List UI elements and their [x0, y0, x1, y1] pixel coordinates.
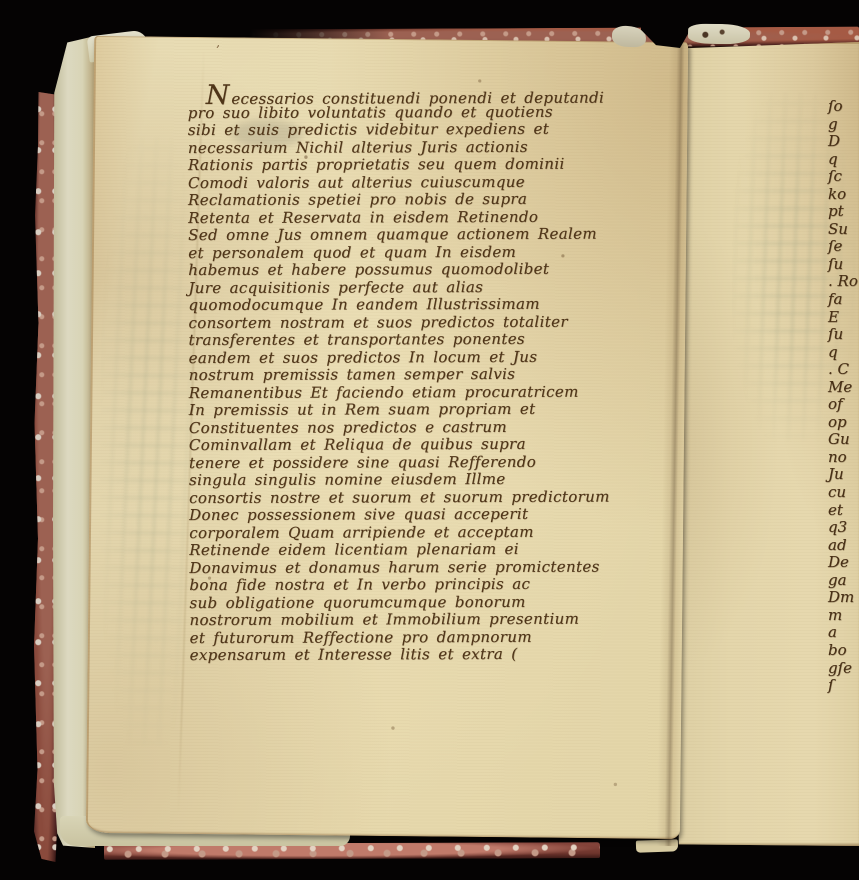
manuscript-text-line: pro suo libito voluntatis quando et quot…: [188, 103, 636, 122]
ink-show-through-right: [732, 92, 856, 442]
manuscript-text-line: consortis nostre et suorum et suorum pre…: [189, 488, 637, 507]
facing-page-fragment: ad: [828, 537, 859, 555]
manuscript-text-line: et personalem quod et quam In eisdem: [188, 243, 636, 262]
manuscript-text-line: eandem et suos predictos In locum et Jus: [189, 348, 637, 367]
manuscript-text-line: necessarium Nichil alterius Juris action…: [188, 138, 636, 157]
facing-page-fragment: q3: [828, 519, 859, 537]
facing-page-sliver: ſogDqſckoptSuſeſu. RofaEſuq. CMeofopGuno…: [676, 42, 859, 846]
manuscript-text-line: habemus et habere possumus quomodolibet: [188, 260, 636, 279]
paper-specks: [94, 36, 96, 38]
facing-page-fragment: Ju: [828, 466, 859, 484]
manuscript-text-line: nostrorum mobilium et Immobilium present…: [189, 610, 637, 629]
manuscript-text-line: nostrum premissis tamen semper salvis: [189, 365, 637, 384]
page-crease-line: [177, 51, 204, 813]
facing-page-fragment: m: [828, 607, 859, 625]
stray-ink-mark: ’: [216, 43, 220, 56]
facing-page-fragment: bo: [828, 642, 859, 660]
manuscript-text-line: singula singulis nomine eiusdem Illme: [189, 470, 637, 489]
manuscript-text-line: bona fide nostra et In verbo principis a…: [189, 575, 637, 594]
facing-page-fragment: ſu: [828, 256, 859, 274]
manuscript-text-line: Necessarios constituendi ponendi et depu…: [188, 85, 636, 104]
facing-page-fragment: D: [828, 133, 859, 151]
manuscript-text-line: Donec possessionem sive quasi acceperit: [189, 505, 637, 524]
facing-page-fragment: g: [828, 116, 859, 134]
facing-page-fragment: ſo: [828, 98, 859, 116]
facing-page-fragment: a: [828, 624, 859, 642]
facing-page-fragment: De: [828, 554, 859, 572]
facing-page-fragment: ſu: [828, 326, 859, 344]
facing-page-fragment: no: [828, 449, 859, 467]
manuscript-text-line: Donavimus et donamus harum serie promict…: [189, 558, 637, 577]
facing-page-fragment: et: [828, 502, 859, 520]
facing-page-fragment: Dm: [828, 589, 859, 607]
facing-page-fragment: fa: [828, 291, 859, 309]
facing-page-fragment: ſ: [828, 677, 859, 695]
manuscript-text-line: Retinende eidem licentiam plenariam ei: [189, 540, 637, 559]
manuscript-text-line: expensarum et Interesse litis et extra (: [190, 645, 638, 664]
manuscript-photo: ſogDqſckoptSuſeſu. RofaEſuq. CMeofopGuno…: [0, 0, 859, 880]
facing-page-fragment: Su: [828, 221, 859, 239]
facing-page-fragment: ga: [828, 572, 859, 590]
facing-page-fragment: Me: [828, 379, 859, 397]
manuscript-text-line: Jure acquisitionis perfecte aut alias: [188, 278, 636, 297]
manuscript-text-line: Reclamationis spetiei pro nobis de supra: [188, 190, 636, 209]
manuscript-text-line: Comodi valoris aut alterius cuiuscumque: [188, 173, 636, 192]
manuscript-text-line: tenere et possidere sine quasi Refferend…: [189, 453, 637, 472]
facing-page-fragment: . Ro: [828, 273, 859, 291]
manuscript-text-line: Cominvallam et Reliqua de quibus supra: [189, 435, 637, 454]
ink-smudge: [231, 119, 303, 148]
manuscript-text-line: consortem nostram et suos predictos tota…: [188, 313, 636, 332]
facing-page-fragment: q: [828, 151, 859, 169]
manuscript-text-line: Rationis partis proprietatis seu quem do…: [188, 155, 636, 174]
facing-page-fragment: op: [828, 414, 859, 432]
manuscript-text-line: sibi et suis predictis videbitur expedie…: [188, 120, 636, 139]
ink-show-through-left: [97, 136, 203, 747]
manuscript-text-line: sub obligatione quorumcumque bonorum: [189, 593, 637, 612]
manuscript-text-line: Constituentes nos predictos e castrum: [189, 418, 637, 437]
manuscript-text-line: Sed omne Jus omnem quamque actionem Real…: [188, 225, 636, 244]
facing-page-line-fragments: ſogDqſckoptSuſeſu. RofaEſuq. CMeofopGuno…: [828, 98, 859, 695]
facing-page-fragment: ſc: [828, 168, 859, 186]
facing-page-fragment: pt: [828, 203, 859, 221]
facing-page-fragment: E: [828, 309, 859, 327]
facing-page-fragment: gſe: [828, 660, 859, 678]
manuscript-left-page: ’ Necessarios constituendi ponendi et de…: [86, 36, 688, 839]
manuscript-text-line: In premissis ut in Rem suam propriam et: [189, 400, 637, 419]
facing-page-fragment: . C: [828, 361, 859, 379]
manuscript-text-block: Necessarios constituendi ponendi et depu…: [188, 85, 638, 664]
manuscript-text-line: Retenta et Reservata in eisdem Retinendo: [188, 208, 636, 227]
manuscript-text-line: et futurorum Reffectione pro dampnorum: [190, 628, 638, 647]
facing-page-fragment: ſe: [828, 238, 859, 256]
facing-page-fragment: cu: [828, 484, 859, 502]
manuscript-text-line: transferentes et transportantes ponentes: [189, 330, 637, 349]
manuscript-text-line: corporalem Quam arripiende et acceptam: [189, 523, 637, 542]
manuscript-text-line: quomodocumque In eandem Illustrissimam: [188, 295, 636, 314]
facing-page-fragment: Gu: [828, 431, 859, 449]
facing-page-fragment: q: [828, 344, 859, 362]
torn-paper-piece-right: [688, 23, 750, 44]
manuscript-text-line: Remanentibus Et faciendo etiam procuratr…: [189, 383, 637, 402]
facing-page-fragment: ko: [828, 186, 859, 204]
facing-page-fragment: of: [828, 396, 859, 414]
